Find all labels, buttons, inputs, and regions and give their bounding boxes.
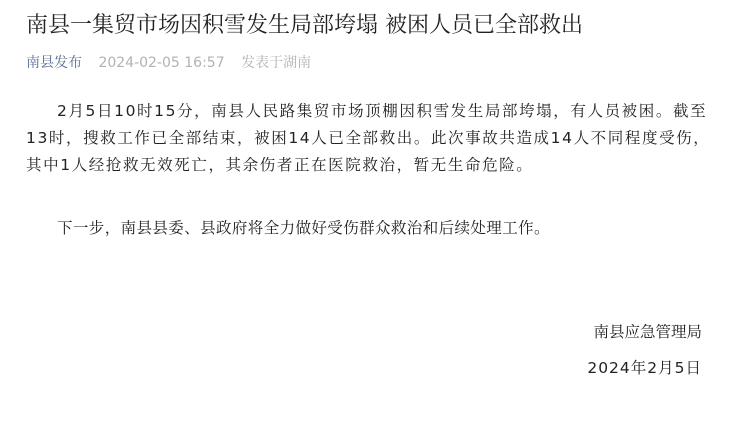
paragraph-1: 2月5日10时15分，南县人民路集贸市场顶棚因积雪发生局部垮塌，有人员被困。截至… xyxy=(26,98,716,179)
article: 南县一集贸市场因积雪发生局部垮塌 被困人员已全部救出 南县发布 2024-02-… xyxy=(0,0,756,429)
publish-datetime: 2024-02-05 16:57 xyxy=(98,55,224,71)
author-link[interactable]: 南县发布 xyxy=(26,55,82,71)
publish-location: 发表于湖南 xyxy=(241,55,311,71)
article-title: 南县一集贸市场因积雪发生局部垮塌 被困人员已全部救出 xyxy=(26,8,583,39)
article-body: 2月5日10时15分，南县人民路集贸市场顶棚因积雪发生局部垮塌，有人员被困。截至… xyxy=(26,98,716,179)
signature-organization: 南县应急管理局 xyxy=(593,320,702,342)
signature-date: 2024年2月5日 xyxy=(587,356,702,378)
article-meta: 南县发布 2024-02-05 16:57 发表于湖南 xyxy=(26,52,311,72)
paragraph-2: 下一步，南县县委、县政府将全力做好受伤群众救治和后续处理工作。 xyxy=(26,215,550,242)
